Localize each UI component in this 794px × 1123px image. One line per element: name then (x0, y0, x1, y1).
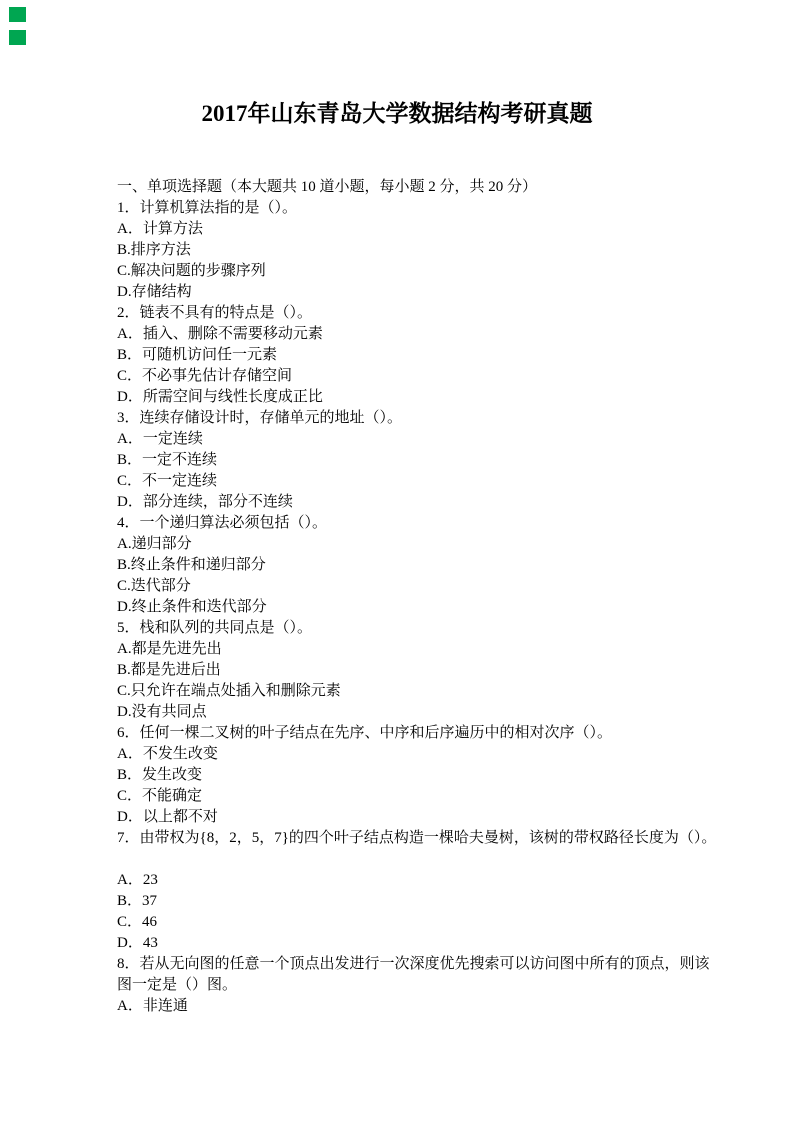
option-line: A．23 (117, 870, 737, 891)
question-stem: 5．栈和队列的共同点是（）。 (117, 618, 737, 639)
document-title: 2017年山东青岛大学数据结构考研真题 (0, 98, 794, 130)
option-line: D．所需空间与线性长度成正比 (117, 387, 737, 408)
exam-body: 一、单项选择题（本大题共 10 道小题，每小题 2 分，共 20 分） 1．计算… (117, 177, 737, 1017)
question-stem: 7．由带权为{8，2，5，7}的四个叶子结点构造一棵哈夫曼树，该树的带权路径长度… (117, 828, 737, 849)
option-line: C．不能确定 (117, 786, 737, 807)
option-line: D．43 (117, 933, 737, 954)
option-line: C.迭代部分 (117, 576, 737, 597)
option-line: A.递归部分 (117, 534, 737, 555)
option-line: C.只允许在端点处插入和删除元素 (117, 681, 737, 702)
green-square-icon (9, 7, 26, 22)
question-stem: 3．连续存储设计时，存储单元的地址（）。 (117, 408, 737, 429)
option-line: A．插入、删除不需要移动元素 (117, 324, 737, 345)
option-line: D.存储结构 (117, 282, 737, 303)
question-stem: 1．计算机算法指的是（）。 (117, 198, 737, 219)
option-line: D．以上都不对 (117, 807, 737, 828)
option-line: C．46 (117, 912, 737, 933)
option-line: A．计算方法 (117, 219, 737, 240)
section-header: 一、单项选择题（本大题共 10 道小题，每小题 2 分，共 20 分） (117, 177, 737, 198)
option-line: A.都是先进先出 (117, 639, 737, 660)
option-line: C.解决问题的步骤序列 (117, 261, 737, 282)
question-stem: 8．若从无向图的任意一个顶点出发进行一次深度优先搜索可以访问图中所有的顶点，则该 (117, 954, 737, 975)
question-stem: 2．链表不具有的特点是（）。 (117, 303, 737, 324)
document-page: 2017年山东青岛大学数据结构考研真题 一、单项选择题（本大题共 10 道小题，… (0, 0, 794, 1123)
option-line: D.没有共同点 (117, 702, 737, 723)
option-line: C．不必事先估计存储空间 (117, 366, 737, 387)
option-line: B．发生改变 (117, 765, 737, 786)
question-stem: 6．任何一棵二叉树的叶子结点在先序、中序和后序遍历中的相对次序（）。 (117, 723, 737, 744)
option-line: D.终止条件和迭代部分 (117, 597, 737, 618)
option-line: A．一定连续 (117, 429, 737, 450)
green-square-icon (9, 30, 26, 45)
option-line: B.都是先进后出 (117, 660, 737, 681)
option-line: B．37 (117, 891, 737, 912)
option-line: B.排序方法 (117, 240, 737, 261)
question-stem: 图一定是（）图。 (117, 975, 737, 996)
option-line: B．可随机访问任一元素 (117, 345, 737, 366)
option-line: A．非连通 (117, 996, 737, 1017)
option-line: B.终止条件和递归部分 (117, 555, 737, 576)
option-line: C．不一定连续 (117, 471, 737, 492)
blank-line (117, 849, 737, 870)
option-line: A．不发生改变 (117, 744, 737, 765)
option-line: D．部分连续，部分不连续 (117, 492, 737, 513)
question-stem: 4．一个递归算法必须包括（）。 (117, 513, 737, 534)
option-line: B．一定不连续 (117, 450, 737, 471)
